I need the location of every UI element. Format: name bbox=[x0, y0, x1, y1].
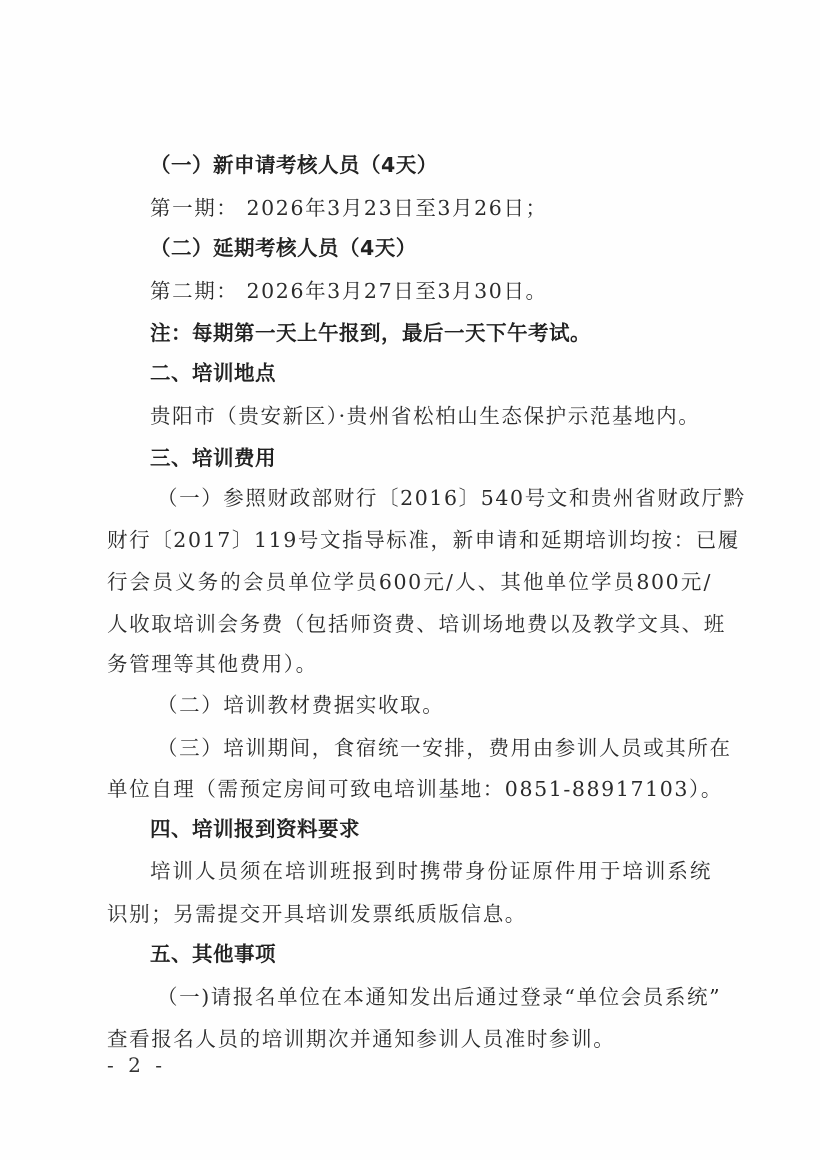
fee-item-1-line-1: （一）参照财政部财行〔2016〕540号文和贵州省财政厅黔 bbox=[157, 485, 712, 511]
fee-item-1-line-2: 财行〔2017〕119号文指导标准，新申请和延期培训均按：已履 bbox=[107, 527, 712, 553]
document-page: （一）新申请考核人员（4天） 第一期： 2026年3月23日至3月26日； （二… bbox=[0, 0, 820, 1160]
fee-item-3-line-2: 单位自理（需预定房间可致电培训基地：0851-88917103）。 bbox=[107, 776, 723, 802]
section-heading-location: 二、培训地点 bbox=[150, 360, 276, 386]
requirements-line-2: 识别；另需提交开具培训发票纸质版信息。 bbox=[107, 901, 527, 927]
fee-item-1-line-5: 务管理等其他费用）。 bbox=[107, 651, 318, 677]
page-number: - 2 - bbox=[107, 1053, 166, 1077]
subheading-extension-applicants: （二）延期考核人员（4天） bbox=[150, 235, 417, 261]
other-item-1-line-1: （一)请报名单位在本通知发出后通过登录“单位会员系统” bbox=[157, 984, 712, 1010]
section-heading-requirements: 四、培训报到资料要求 bbox=[150, 816, 360, 842]
schedule-note: 注：每期第一天上午报到，最后一天下午考试。 bbox=[150, 320, 591, 346]
other-item-1-line-2: 查看报名人员的培训期次并通知参训人员准时参训。 bbox=[107, 1026, 615, 1052]
fee-item-1-line-4: 人收取培训会务费（包括师资费、培训场地费以及教学文具、班 bbox=[107, 611, 712, 637]
section-heading-fees: 三、培训费用 bbox=[150, 445, 276, 471]
section-heading-other: 五、其他事项 bbox=[150, 941, 276, 967]
period-one-dates: 第一期： 2026年3月23日至3月26日； bbox=[150, 195, 548, 221]
location-text: 贵阳市（贵安新区）·贵州省松柏山生态保护示范基地内。 bbox=[150, 403, 712, 429]
fee-item-3-line-1: （三）培训期间，食宿统一安排，费用由参训人员或其所在 bbox=[157, 735, 712, 761]
subheading-new-applicants: （一）新申请考核人员（4天） bbox=[150, 152, 438, 178]
requirements-line-1: 培训人员须在培训班报到时携带身份证原件用于培训系统 bbox=[150, 858, 712, 884]
period-two-dates: 第二期： 2026年3月27日至3月30日。 bbox=[150, 278, 548, 304]
fee-item-1-line-3: 行会员义务的会员单位学员600元/人、其他单位学员800元/ bbox=[107, 569, 712, 595]
fee-item-2: （二）培训教材费据实收取。 bbox=[157, 692, 444, 718]
